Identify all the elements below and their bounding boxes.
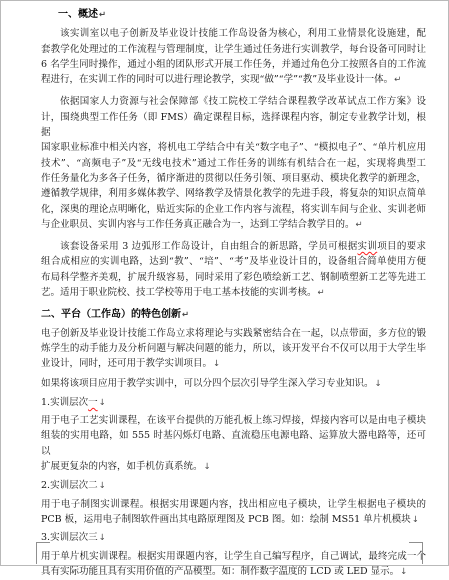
- text-line: 业设计，同时，还可用于教学实训项目。↓: [41, 356, 426, 372]
- text-line: 与企业职员、实训内容与工作任务真正融合为一，达到工学结合教学目的。↵: [41, 217, 426, 233]
- text-line: 作任务量化为多各子任务，循序渐进的贯彻以任务引领、项目驱动、模块化教学的新理念，: [41, 171, 426, 186]
- text-line: 如果将该项目应用于教学实训中，可以分四个层次引导学生深入学习专业知识。↓: [41, 376, 426, 392]
- heading-line: 一、概述↵: [41, 7, 426, 23]
- text-line: 扩展更复杂的内容，如手机仿真系统。↓: [41, 459, 426, 475]
- text-line: 用于电子制图实训课程。根据实用课题内容，找出相应电子模块，让学生根据电子模块的: [41, 497, 426, 512]
- text-run: PCB 板，运用电子制图软件画出其电路原理图及 PCB 图。如：绘制 MS51 …: [41, 514, 411, 525]
- text-line: 用于电子工艺实训课程，在该平台提供的万能孔板上练习焊接，焊接内容可以是由电子模块: [41, 413, 426, 428]
- text-run: 国家职业标准中相关内容，将机电工学结合中有关“数字电子”、“模拟电子”、“单片机…: [41, 142, 426, 153]
- text-line: 组合成相应的实训电路，达到“教”、“培”、“考”及毕业设计目的，设备组合简单使用…: [41, 254, 426, 269]
- text-run: 艺。适用于职业院校、技工学校等用于电工基本技能的实训考核。: [41, 287, 317, 298]
- text-run: 程进行，在实训工作的同时可以进行理论教学，实现“做”“学”“教”及毕业设计一体。: [41, 74, 393, 85]
- text-run: 用于电子制图实训课程。根据实用课题内容，找出相应电子模块，让学生根据电子模块的: [41, 499, 426, 510]
- text-run: 该实训室以电子创新及毕业设计技能工作岛设备为核心，利用工业情景化设施建，配: [60, 28, 426, 39]
- text-run: 该套设备采用 3 边弧形工作岛设计，自由组合的新思路，学员可根据: [60, 241, 358, 252]
- spellcheck-squiggle-text: 实训: [358, 241, 378, 252]
- text-run: 化，深奥的理论点明晰化，贴近实际的企业工作内容与流程，将实训车间与企业、实训老师: [41, 204, 426, 215]
- paragraph-mark: ↵: [317, 288, 325, 298]
- text-run: 1.实训层次: [41, 397, 88, 408]
- line-break-mark: ↓: [411, 515, 419, 525]
- text-line: 1.实训层次一↓: [41, 395, 426, 411]
- text-line: 遵循教学规律，利用多媒体教学、网络教学及情景化教学的先进手段，将复杂的知识点简单: [41, 186, 426, 201]
- heading-line: 二、平台（工作岛）的特色创新↵: [41, 307, 426, 323]
- text-line: 依据国家人力资源与社会保障部《技工院校工学结合课程教学改革试点工作方案》设: [41, 94, 426, 109]
- spellcheck-squiggle-text: 一: [88, 397, 98, 408]
- text-line: 炼学生的动手能力及分析问题与解决问题的能力，所以，该开发平台不仅可以用于大学生毕: [41, 341, 426, 356]
- text-line: 用于单片机实训课程。根据实用课题内容，让学生自己编写程序，自己调试，最终完成一个: [41, 549, 426, 564]
- text-run: 作任务量化为多各子任务，循序渐进的贯彻以任务引领、项目驱动、模块化教学的新理念，: [41, 173, 426, 184]
- text-line: 组装的实用电路，如 555 时基闪烁灯电路、直流稳压电源电路、运算放大器电路等，…: [41, 428, 426, 459]
- text-run: 技术”、“高频电子”及“无线电技术”通过工作任务的训练有机结合在一起，实现将典型…: [41, 158, 426, 169]
- text-line: 布局科学整齐美观，扩展升级容易，同时采用了彩色喷绘新工艺、钢制喷塑新工艺等先进工: [41, 270, 426, 285]
- text-run: 组装的实用电路，如 555 时基闪烁灯电路、直流稳压电源电路、运算放大器电路等，…: [41, 430, 426, 456]
- text-area[interactable]: 一、概述↵该实训室以电子创新及毕业设计技能工作岛设备为核心，利用工业情景化设施建…: [41, 7, 426, 566]
- text-line: 化，深奥的理论点明晰化，贴近实际的企业工作内容与流程，将实训车间与企业、实训老师: [41, 202, 426, 217]
- text-run: 与企业职员、实训内容与工作任务真正融合为一，达到工学结合教学目的。: [41, 219, 355, 230]
- text-run: 扩展更复杂的内容，如手机仿真系统。: [41, 461, 203, 472]
- text-line: 套教学化处理过的工作流程与管理制度，让学生通过任务进行实训教学，每台设备可同时让: [41, 42, 426, 57]
- paragraph-mark: ↵: [355, 220, 363, 230]
- text-run: 如果将该项目应用于教学实训中，可以分四个层次引导学生深入学习专业知识。: [41, 378, 374, 389]
- line-break-mark: ↓: [212, 359, 220, 369]
- text-run: 6 名学生同时操作，通过小组的团队形式开展工作任务，并通过角色分工按照各自的工作…: [41, 59, 426, 70]
- text-run: 业设计，同时，还可用于教学实训项目。: [41, 358, 212, 369]
- text-line: 技术”、“高频电子”及“无线电技术”通过工作任务的训练有机结合在一起，实现将典型…: [41, 156, 426, 171]
- text-run: 遵循教学规律，利用多媒体教学、网络教学及情景化教学的先进手段，将复杂的知识点简单: [41, 188, 426, 199]
- text-line: 艺。适用于职业院校、技工学校等用于电工基本技能的实训考核。↵: [41, 285, 426, 301]
- text-run: 电子创新及毕业设计技能工作岛立求将理论与实践紧密结合在一起，以点带面，多方位的锻: [41, 328, 426, 339]
- text-run: 用于单片机实训课程。根据实用课题内容，让学生自己编写程序，自己调试，最终完成一个: [41, 551, 426, 562]
- text-line: 国家职业标准中相关内容，将机电工学结合中有关“数字电子”、“模拟电子”、“单片机…: [41, 140, 426, 155]
- text-run: 布局科学整齐美观，扩展升级容易，同时采用了彩色喷绘新工艺、钢制喷塑新工艺等先进工: [41, 272, 426, 283]
- text-line: 3.实训层次三↓: [41, 530, 426, 546]
- paragraph-mark: ↵: [181, 310, 189, 320]
- text-run: 2.实训层次二: [41, 480, 98, 491]
- text-run: 用于电子工艺实训课程，在该平台提供的万能孔板上练习焊接，焊接内容可以是由电子模块: [41, 415, 426, 426]
- text-run: 一、概述: [58, 9, 98, 20]
- text-line: 该实训室以电子创新及毕业设计技能工作岛设备为核心，利用工业情景化设施建，配: [41, 26, 426, 41]
- paragraph-mark: ↵: [393, 75, 401, 85]
- text-line: 2.实训层次二↓: [41, 478, 426, 494]
- text-line: 计，围绕典型工作任务（即 FMS）确定课程目标，选择课程内容，制定专业教学计划，…: [41, 110, 426, 141]
- text-line: PCB 板，运用电子制图软件画出其电路原理图及 PCB 图。如：绘制 MS51 …: [41, 512, 426, 528]
- text-line: 该套设备采用 3 边弧形工作岛设计，自由组合的新思路，学员可根据实训项目的要求: [41, 239, 426, 254]
- text-line: 程进行，在实训工作的同时可以进行理论教学，实现“做”“学”“教”及毕业设计一体。…: [41, 72, 426, 88]
- text-boundary-mark-bottom-left: [36, 542, 50, 564]
- text-run: 计，围绕典型工作任务（即 FMS）确定课程目标，选择课程内容，制定专业教学计划，…: [41, 112, 426, 138]
- text-line: 电子创新及毕业设计技能工作岛立求将理论与实践紧密结合在一起，以点带面，多方位的锻: [41, 326, 426, 341]
- text-run: 二、平台（工作岛）的特色创新: [41, 309, 181, 320]
- document-page: 一、概述↵该实训室以电子创新及毕业设计技能工作岛设备为核心，利用工业情景化设施建…: [0, 0, 449, 566]
- text-run: 套教学化处理过的工作流程与管理制度，让学生通过任务进行实训教学，每台设备可同时让: [41, 44, 426, 55]
- text-run: 炼学生的动手能力及分析问题与解决问题的能力，所以，该开发平台不仅可以用于大学生毕: [41, 343, 426, 354]
- line-break-mark: ↓: [203, 462, 211, 472]
- text-run: 项目的要求: [377, 241, 426, 252]
- text-run: 组合成相应的实训电路，达到“教”、“培”、“考”及毕业设计目的，设备组合简单使用…: [41, 256, 426, 267]
- line-break-mark: ↓: [374, 379, 382, 389]
- text-boundary-mark-bottom-right: [409, 542, 423, 564]
- paragraph-mark: ↵: [98, 10, 106, 20]
- line-break-mark: ↓: [98, 481, 106, 491]
- text-line: 6 名学生同时操作，通过小组的团队形式开展工作任务，并通过角色分工按照各自的工作…: [41, 57, 426, 72]
- line-break-mark: ↓: [98, 398, 106, 408]
- text-run: 依据国家人力资源与社会保障部《技工院校工学结合课程教学改革试点工作方案》设: [60, 96, 426, 107]
- line-break-mark: ↓: [98, 533, 106, 543]
